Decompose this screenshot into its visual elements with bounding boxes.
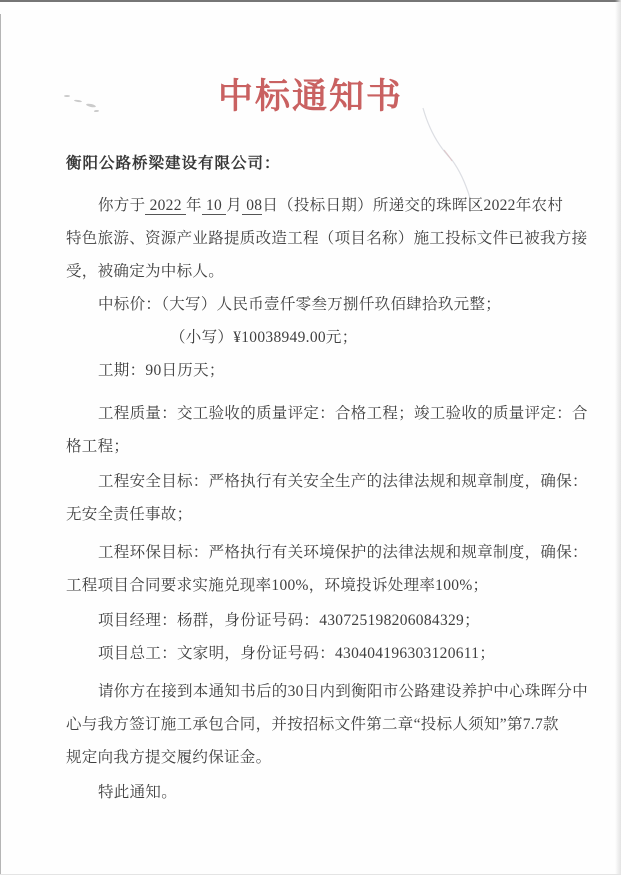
chief-engineer-line: 项目总工：文家明，身份证号码：430404196303120611；: [66, 637, 566, 670]
award-confirmation-line: 受，被确定为中标人。: [66, 255, 566, 288]
scan-edge-right-shadow: [615, 0, 621, 875]
recipient-line: 衡阳公路桥梁建设有限公司：: [66, 147, 566, 180]
safety-goal-line-1: 工程安全目标：严格执行有关安全生产的法律法规和规章制度，确保：: [66, 465, 566, 498]
document-title: 中标通知书: [0, 76, 621, 118]
environment-goal-line-1: 工程环保目标：严格执行有关环境保护的法律法规和规章制度，确保：: [66, 536, 566, 569]
safety-goal-line-2: 无安全责任事故；: [66, 498, 566, 531]
bid-date-year-label: 年: [186, 197, 202, 214]
bid-date-day-value: 08: [242, 197, 262, 215]
construction-period-line: 工期：90日历天；: [66, 354, 566, 387]
award-price-capitals-line: 中标价：（大写）人民币壹仟零叁万捌仟玖佰肆拾玖元整；: [66, 288, 566, 321]
scan-edge-left: [0, 14, 1, 875]
award-price-digits-line: （小写）¥10038949.00元；: [66, 321, 566, 354]
bid-date-year-value: 2022: [145, 197, 186, 215]
scan-edge-top: [0, 0, 621, 2]
contract-notice-line-2: 心与我方签订施工承包合同，并按招标文件第二章“投标人须知”第7.7款: [66, 708, 566, 741]
contract-notice-line-1: 请你方在接到本通知书后的30日内到衡阳市公路建设养护中心珠晖分中: [66, 675, 566, 708]
quality-requirement-line-2: 格工程；: [66, 430, 566, 463]
quality-requirement-line-1: 工程质量：交工验收的质量评定：合格工程；竣工验收的质量评定：合: [66, 397, 566, 430]
bid-date-rest: 日（投标日期）所递交的珠晖区2022年农村: [262, 197, 563, 214]
environment-goal-line-2: 工程项目合同要求实施兑现率100%，环境投诉处理率100%；: [66, 569, 566, 602]
closing-line: 特此通知。: [66, 776, 566, 809]
bid-date-line: 你方于 2022 年 10 月 08日（投标日期）所递交的珠晖区2022年农村: [66, 189, 566, 222]
project-manager-line: 项目经理：杨群，身份证号码：430725198206084329；: [66, 604, 566, 637]
bid-date-month-label: 月: [226, 197, 242, 214]
contract-notice-line-3: 规定向我方提交履约保证金。: [66, 741, 566, 774]
project-name-line: 特色旅游、资源产业路提质改造工程（项目名称）施工投标文件已被我方接: [66, 222, 566, 255]
scanned-document-page: 中标通知书 衡阳公路桥梁建设有限公司： 你方于 2022 年 10 月 08日（…: [0, 0, 621, 875]
bid-date-month-value: 10: [202, 197, 226, 215]
document-body: 衡阳公路桥梁建设有限公司： 你方于 2022 年 10 月 08日（投标日期）所…: [66, 147, 566, 809]
bid-date-prefix: 你方于: [98, 197, 145, 214]
